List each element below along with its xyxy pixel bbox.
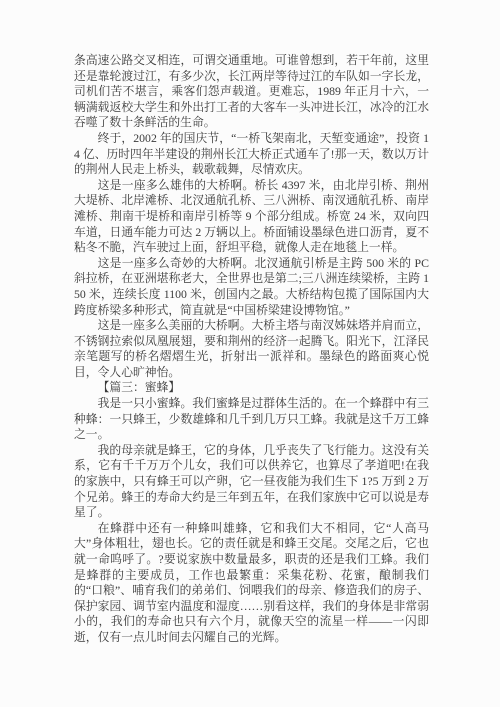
paragraph: 条高速公路交叉相连，可谓交通重地。可谁曾想到，若干年前，这里还是靠轮渡过江，有多… — [74, 53, 429, 131]
document-page: 条高速公路交叉相连，可谓交通重地。可谁曾想到，若干年前，这里还是靠轮渡过江，有多… — [0, 0, 500, 707]
paragraph: 我是一只小蜜蜂。我们蜜蜂是过群体生活的。在一个蜂群中有三种蜂：一只蜂王，少数雄蜂… — [74, 396, 429, 443]
section-heading: 【篇三：蜜蜂】 — [74, 380, 429, 396]
paragraph: 在蜂群中还有一种蜂叫雄蜂，它和我们大不相同，它“人高马大”身体粗壮，翅也长。它的… — [74, 521, 429, 646]
paragraph: 我的母亲就是蜂王，它的身体，几乎丧失了飞行能力。这没有关系，它有千千万万个儿女，… — [74, 443, 429, 521]
paragraph: 这是一座多么奇妙的大桥啊。北汊通航引桥是主跨 500 米的 PC 斜拉桥，在亚洲… — [74, 256, 429, 318]
paragraph: 终于，2002 年的国庆节，“一桥飞架南北，天堑变通途”，投资 14 亿、历时四… — [74, 131, 429, 178]
document-body: 条高速公路交叉相连，可谓交通重地。可谁曾想到，若干年前，这里还是靠轮渡过江，有多… — [74, 53, 429, 646]
paragraph: 这是一座多么雄伟的大桥啊。桥长 4397 米，由北岸引桥、荆州大堤桥、北岸滩桥、… — [74, 178, 429, 256]
paragraph: 这是一座多么美丽的大桥啊。大桥主塔与南汊姊妹塔并肩而立，不锈钢拉索似凤凰展翅，要… — [74, 318, 429, 380]
